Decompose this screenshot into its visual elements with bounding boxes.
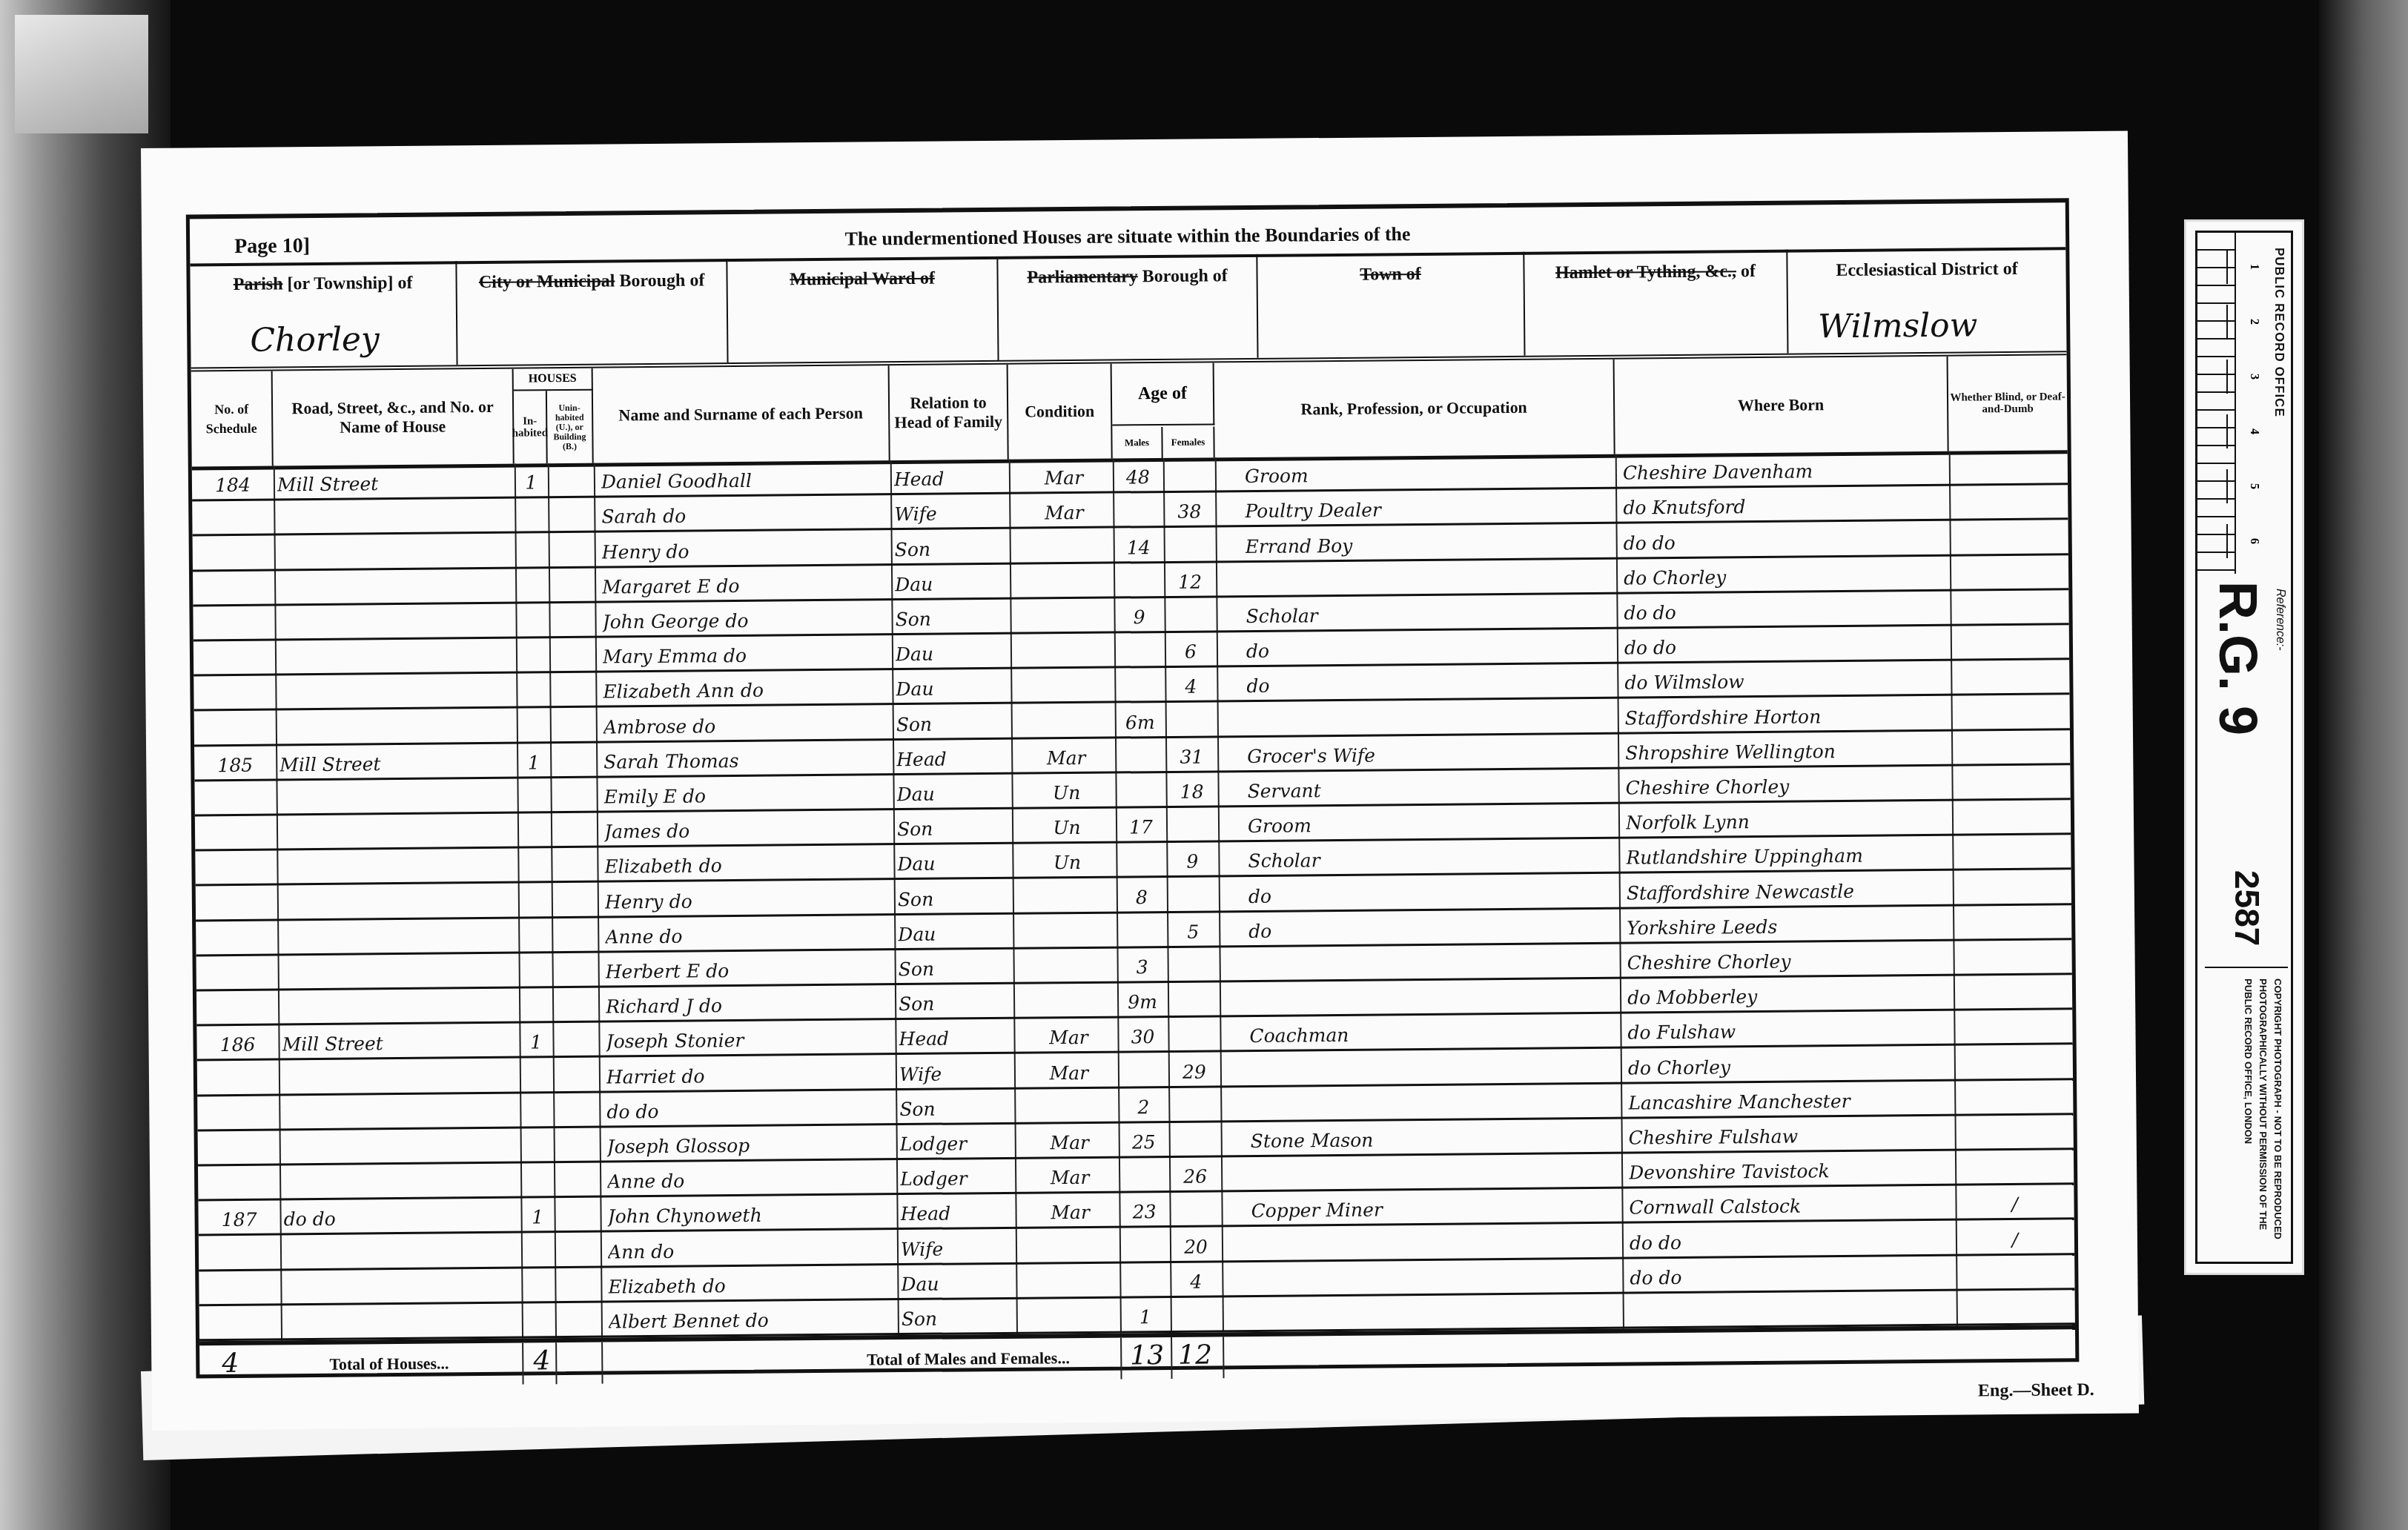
inhabited-count <box>520 1059 553 1092</box>
blind-deaf: / <box>1956 1220 2074 1254</box>
blind-deaf <box>1950 555 2068 589</box>
where-born: Cheshire Davenham <box>1623 451 1949 487</box>
schedule-number <box>193 606 274 639</box>
road-name: do do <box>283 1199 520 1233</box>
person-name: Herbert E do <box>605 950 894 986</box>
inhabited-count <box>520 1128 554 1162</box>
where-born: Yorkshire Leeds <box>1627 906 1953 941</box>
male-age: 48 <box>1113 458 1163 491</box>
total-persons-label: Total of Males and Females... <box>867 1348 1070 1369</box>
inhabited-count <box>518 884 552 917</box>
total-houses-value: 4 <box>533 1345 550 1376</box>
occupation <box>1249 979 1620 1016</box>
blind-deaf <box>1952 800 2071 834</box>
female-age <box>1169 1122 1221 1156</box>
inhabited-count <box>517 709 550 742</box>
road-name <box>285 1303 522 1338</box>
male-age: 6m <box>1115 703 1165 736</box>
road-name <box>279 674 516 709</box>
blind-deaf <box>1956 1255 2074 1289</box>
occupation <box>1250 1084 1621 1120</box>
occupation: do <box>1248 874 1619 910</box>
blind-deaf <box>1949 450 2068 484</box>
blind-deaf <box>1951 695 2070 729</box>
relation: Dau <box>895 564 1010 598</box>
female-age <box>1167 878 1219 911</box>
condition <box>1016 563 1114 597</box>
inhabited-count: 1 <box>519 1023 552 1056</box>
where-born: Staffordshire Horton <box>1625 696 1951 732</box>
reference-series: R.G. 9 <box>2211 581 2264 735</box>
person-name: Ann do <box>608 1231 897 1266</box>
occupation: Scholar <box>1248 839 1618 875</box>
col-males: Males <box>1112 427 1162 459</box>
person-name: Daniel Goodhall <box>601 460 890 496</box>
female-age <box>1168 1087 1220 1121</box>
where-born: Cheshire Chorley <box>1625 766 1951 802</box>
condition: Un <box>1018 809 1116 842</box>
schedule-number <box>196 956 278 989</box>
schedule-number <box>192 501 274 534</box>
male-age: 2 <box>1118 1088 1168 1122</box>
occupation <box>1251 1224 1622 1260</box>
male-age: 17 <box>1116 808 1166 841</box>
occupation: Servant <box>1247 769 1618 805</box>
road-name <box>282 989 519 1024</box>
where-born: Cornwall Calstock <box>1629 1186 1955 1222</box>
occupation: do <box>1246 664 1617 701</box>
col-females: Females <box>1162 426 1214 458</box>
road-name <box>282 1093 520 1128</box>
inhabited-count <box>521 1268 555 1302</box>
condition <box>1019 913 1117 947</box>
blind-deaf <box>1951 660 2069 695</box>
district-parish: Parish [or Township] of Chorley <box>190 261 457 367</box>
where-born: do do <box>1630 1221 1956 1256</box>
relation: Dau <box>897 844 1012 878</box>
female-age: 20 <box>1170 1228 1222 1261</box>
road-name <box>284 1268 521 1303</box>
occupation: Poultry Dealer <box>1245 489 1615 526</box>
inhabited-count <box>517 848 551 881</box>
inhabited-count <box>515 569 549 602</box>
schedule-number <box>195 851 277 884</box>
col-age: Age of <box>1112 362 1215 425</box>
scan-background-right <box>2319 0 2408 1530</box>
female-age: 26 <box>1169 1157 1221 1190</box>
occupation: Groom <box>1248 804 1618 841</box>
condition <box>1019 984 1117 1017</box>
col-uninhabited: Unin-habited (U.), or Building (B.) <box>547 391 594 464</box>
female-age <box>1168 982 1220 1016</box>
condition: Mar <box>1015 494 1113 527</box>
condition: Mar <box>1021 1123 1119 1156</box>
occupation <box>1248 944 1619 980</box>
relation: Son <box>902 1299 1016 1334</box>
reference-piece: 2587 <box>2230 870 2264 946</box>
condition: Mar <box>1021 1159 1119 1192</box>
ruler-number: 5 <box>2226 469 2280 503</box>
road-name <box>282 953 519 988</box>
relation: Wife <box>901 1229 1016 1263</box>
female-age <box>1164 528 1216 561</box>
inhabited-count <box>516 673 549 706</box>
where-born <box>1630 1291 1956 1326</box>
female-age <box>1164 597 1216 631</box>
relation: Dau <box>896 635 1010 669</box>
schedule-number <box>199 1236 280 1269</box>
col-inhabited: In-habited <box>514 391 548 463</box>
ruler <box>2197 233 2236 574</box>
condition <box>1016 634 1114 667</box>
person-name: Sarah Thomas <box>603 741 893 776</box>
district-ecclesiastical: Ecclesiastical District of Wilmslow <box>1787 247 2066 353</box>
schedule-number <box>193 536 274 569</box>
relation: Dau <box>901 1264 1016 1298</box>
relation: Head <box>896 739 1011 773</box>
condition <box>1017 703 1115 737</box>
where-born: do Knutsford <box>1623 486 1949 522</box>
district-row: Parish [or Township] of Chorley City or … <box>190 247 2066 371</box>
condition <box>1020 1088 1118 1122</box>
blind-deaf <box>1952 835 2071 870</box>
male-age <box>1119 1228 1170 1261</box>
schedule-number <box>196 921 277 954</box>
condition <box>1016 529 1114 562</box>
where-born: Devonshire Tavistock <box>1629 1151 1955 1187</box>
district-parliamentary: Parliamentary Borough of <box>998 254 1258 360</box>
male-age: 25 <box>1119 1123 1169 1156</box>
occupation: Scholar <box>1246 594 1616 630</box>
where-born: Rutlandshire Uppingham <box>1626 836 1952 872</box>
female-age: 38 <box>1163 493 1215 526</box>
person-name: Henry do <box>605 881 894 916</box>
inhabited-count <box>515 534 549 567</box>
where-born: Staffordshire Newcastle <box>1627 871 1953 907</box>
condition <box>1016 669 1114 702</box>
schedule-number: 186 <box>196 1026 278 1059</box>
occupation <box>1251 1259 1622 1295</box>
condition: Mar <box>1021 1193 1119 1227</box>
reference-label: Reference:- <box>2273 589 2286 651</box>
where-born: Lancashire Manchester <box>1628 1081 1954 1116</box>
schedule-number <box>196 886 277 919</box>
occupation: Coachman <box>1249 1014 1620 1050</box>
person-name: John Chynoweth <box>607 1195 896 1231</box>
where-born: do do <box>1624 592 1950 627</box>
female-age: 6 <box>1165 632 1217 666</box>
blind-deaf <box>1956 1290 2075 1324</box>
blind-deaf <box>1950 590 2068 624</box>
district-parish-value: Chorley <box>250 320 380 360</box>
person-name: Harriet do <box>606 1056 896 1091</box>
female-age: 5 <box>1167 913 1219 946</box>
road-name <box>279 639 516 674</box>
schedule-number <box>194 781 276 814</box>
where-born: Cheshire Chorley <box>1627 941 1953 977</box>
male-age <box>1117 913 1167 947</box>
relation: Son <box>895 529 1010 563</box>
inhabited-count <box>520 1163 554 1196</box>
female-age: 4 <box>1170 1262 1222 1296</box>
person-name: Henry do <box>602 531 891 566</box>
schedule-number <box>193 640 275 674</box>
female-age <box>1166 807 1218 841</box>
relation: Son <box>899 984 1013 1019</box>
census-form: Page 10] The undermentioned Houses are s… <box>186 198 2080 1378</box>
blind-deaf <box>1954 1010 2072 1044</box>
condition <box>1019 878 1117 912</box>
scan-background-highlight <box>15 15 148 133</box>
relation: Son <box>896 704 1011 738</box>
female-age <box>1169 1193 1221 1226</box>
male-age <box>1118 1053 1168 1086</box>
census-page: Page 10] The undermentioned Houses are s… <box>141 131 2139 1431</box>
col-schedule: No. of Schedule <box>191 371 274 466</box>
relation: Wife <box>899 1054 1014 1088</box>
occupation <box>1250 1049 1621 1085</box>
relation: Head <box>900 1194 1015 1228</box>
female-age: 31 <box>1165 738 1217 771</box>
relation: Dau <box>896 669 1010 703</box>
condition: Mar <box>1019 1019 1117 1052</box>
total-females: 12 <box>1178 1339 1212 1370</box>
person-name: Albert Bennet do <box>609 1300 898 1336</box>
occupation <box>1251 1154 1621 1190</box>
person-name: do do <box>606 1090 896 1126</box>
male-age <box>1114 633 1165 666</box>
condition <box>1022 1228 1119 1262</box>
ruler-number: 4 <box>2226 414 2280 448</box>
female-age: 29 <box>1168 1053 1220 1086</box>
where-born: do Chorley <box>1628 1046 1954 1082</box>
blind-deaf <box>1954 1115 2073 1149</box>
inhabited-count: 1 <box>517 744 550 777</box>
district-ecclesiastical-value: Wilmslow <box>1818 306 1978 345</box>
where-born: Cheshire Fulshaw <box>1629 1116 1955 1151</box>
inhabited-count: 1 <box>515 463 548 497</box>
condition <box>1022 1298 1120 1331</box>
blind-deaf <box>1953 905 2071 939</box>
copyright-notice: COPYRIGHT PHOTOGRAPH - NOT TO BE REPRODU… <box>2205 967 2288 1265</box>
road-name <box>277 499 515 534</box>
col-blind: Whether Blind, or Deaf-and-Dumb <box>1948 355 2068 451</box>
road-name <box>282 1059 520 1093</box>
male-age <box>1119 1263 1170 1296</box>
blind-deaf <box>1949 486 2068 520</box>
relation: Dau <box>898 914 1013 948</box>
male-age <box>1119 1158 1169 1191</box>
relation: Wife <box>894 494 1009 529</box>
where-born: Shropshire Wellington <box>1625 731 1951 766</box>
person-name: Joseph Stonier <box>606 1020 895 1056</box>
road-name <box>281 884 518 918</box>
district-hamlet: Hamlet or Tything, &c., of <box>1524 250 1788 356</box>
relation: Son <box>898 950 1013 984</box>
col-relation: Relation to Head of Family <box>890 365 1009 460</box>
inhabited-count <box>521 1233 555 1267</box>
male-age: 9 <box>1114 598 1164 632</box>
inhabited-count <box>515 603 549 637</box>
schedule-number <box>196 990 278 1024</box>
female-age <box>1171 1297 1223 1331</box>
road-name <box>283 1128 520 1163</box>
where-born: do do <box>1624 521 1950 557</box>
condition <box>1016 598 1114 632</box>
schedule-number <box>199 1305 281 1339</box>
where-born: do Mobberley <box>1627 976 1954 1012</box>
occupation <box>1252 1294 1623 1330</box>
ruler-number: 6 <box>2226 524 2280 558</box>
occupation: Groom <box>1245 454 1615 491</box>
male-age: 23 <box>1119 1193 1169 1226</box>
relation: Dau <box>896 775 1011 809</box>
inhabited-count <box>519 988 552 1021</box>
road-name: Mill Street <box>279 744 517 778</box>
col-where-born: Where Born <box>1615 357 1949 454</box>
relation: Son <box>899 1089 1014 1123</box>
road-name <box>280 849 517 884</box>
occupation: Stone Mason <box>1251 1119 1621 1155</box>
person-name: Sarah do <box>601 495 890 531</box>
schedule-number <box>197 1096 279 1129</box>
condition: Un <box>1017 773 1115 807</box>
inhabited-count <box>518 918 552 952</box>
where-born: Norfolk Lynn <box>1626 801 1952 837</box>
person-name: Elizabeth do <box>608 1265 897 1301</box>
inhabited-count <box>518 953 552 987</box>
road-name <box>281 918 518 953</box>
district-town: Town of <box>1257 252 1525 358</box>
road-name <box>279 709 517 744</box>
male-age <box>1115 773 1165 807</box>
schedule-number: 185 <box>194 746 276 779</box>
blind-deaf <box>1951 625 2069 659</box>
male-age <box>1114 563 1164 597</box>
blind-deaf <box>1955 1150 2074 1184</box>
female-age <box>1163 457 1215 491</box>
inhabited-count <box>517 778 550 812</box>
col-occupation: Rank, Profession, or Occupation <box>1214 360 1615 458</box>
inhabited-count <box>515 498 548 531</box>
blind-deaf: / <box>1955 1185 2074 1219</box>
person-name: Elizabeth do <box>604 845 893 881</box>
female-age <box>1165 703 1217 736</box>
male-age: 30 <box>1117 1018 1168 1051</box>
road-name <box>280 814 517 849</box>
road-name: Mill Street <box>282 1024 519 1059</box>
where-born: do Wilmslow <box>1624 661 1951 697</box>
total-houses-label: Total of Houses... <box>329 1354 449 1374</box>
schedule-number <box>198 1165 279 1199</box>
road-name <box>278 534 515 569</box>
male-age: 14 <box>1114 528 1164 561</box>
blind-deaf <box>1954 1045 2073 1079</box>
total-males: 13 <box>1130 1340 1164 1371</box>
district-borough: City or Municipal Borough of <box>457 259 728 365</box>
occupation <box>1246 559 1616 595</box>
inhabited-count <box>520 1093 553 1127</box>
male-age: 9m <box>1117 983 1168 1016</box>
inhabited-count <box>516 638 549 672</box>
inhabited-count <box>522 1303 555 1337</box>
relation: Son <box>898 879 1013 913</box>
female-age: 4 <box>1165 668 1217 701</box>
male-age <box>1114 668 1165 701</box>
male-age: 8 <box>1117 878 1167 911</box>
col-name: Name and Surname of each Person <box>593 365 890 463</box>
total-schedules: 4 <box>222 1348 239 1379</box>
blind-deaf <box>1953 870 2071 904</box>
person-name: Mary Emma do <box>603 635 892 671</box>
schedule-number <box>193 571 274 604</box>
where-born: do Fulshaw <box>1627 1011 1954 1047</box>
male-age <box>1116 843 1166 876</box>
inhabited-count <box>517 813 551 847</box>
road-name <box>284 1233 521 1268</box>
person-name: Anne do <box>607 1160 896 1196</box>
schedule-number <box>198 1130 279 1164</box>
female-age: 18 <box>1165 772 1217 806</box>
col-condition: Condition <box>1008 364 1113 460</box>
sheet-code: Eng.—Sheet D. <box>1978 1380 2094 1401</box>
col-road: Road, Street, &c., and No. or Name of Ho… <box>273 369 515 466</box>
occupation: Errand Boy <box>1246 524 1616 560</box>
condition: Mar <box>1020 1053 1118 1087</box>
relation: Lodger <box>900 1125 1015 1159</box>
blind-deaf <box>1953 940 2071 974</box>
schedule-number: 187 <box>198 1201 279 1234</box>
occupation <box>1247 699 1618 735</box>
person-name: Ambrose do <box>603 706 893 741</box>
road-name <box>278 603 515 638</box>
road-name <box>278 569 515 603</box>
relation: Son <box>895 600 1010 634</box>
person-name: Emily E do <box>603 775 893 811</box>
male-age: 3 <box>1117 948 1167 981</box>
blind-deaf <box>1954 1080 2073 1114</box>
person-name: James do <box>604 810 893 846</box>
district-ward: Municipal Ward of <box>727 256 999 362</box>
blind-deaf <box>1951 765 2070 799</box>
female-age <box>1168 1018 1220 1051</box>
person-name: Elizabeth Ann do <box>603 670 892 706</box>
schedule-number <box>195 815 277 849</box>
schedule-number <box>197 1061 279 1094</box>
male-age <box>1115 738 1165 772</box>
condition: Mar <box>1015 459 1113 492</box>
inhabited-count: 1 <box>520 1198 554 1231</box>
female-age: 9 <box>1166 843 1218 876</box>
person-name: Margaret E do <box>602 566 891 601</box>
blind-deaf <box>1951 730 2070 764</box>
condition <box>1019 948 1117 981</box>
schedule-number <box>193 676 275 709</box>
record-office-label: PUBLIC RECORD OFFICE <box>2272 248 2286 417</box>
road-name <box>279 778 517 813</box>
blind-deaf <box>1949 520 2068 554</box>
relation: Lodger <box>900 1159 1015 1193</box>
occupation: do <box>1246 629 1617 666</box>
female-age: 12 <box>1164 563 1216 596</box>
relation: Head <box>894 460 1009 494</box>
occupation: do <box>1248 909 1619 945</box>
person-name: Richard J do <box>606 985 895 1021</box>
reference-strip: 123456 PUBLIC RECORD OFFICE Reference:- … <box>2184 219 2304 1275</box>
where-born: do Chorley <box>1624 556 1950 592</box>
person-name: Joseph Glossop <box>607 1125 896 1161</box>
schedule-number <box>199 1271 280 1304</box>
